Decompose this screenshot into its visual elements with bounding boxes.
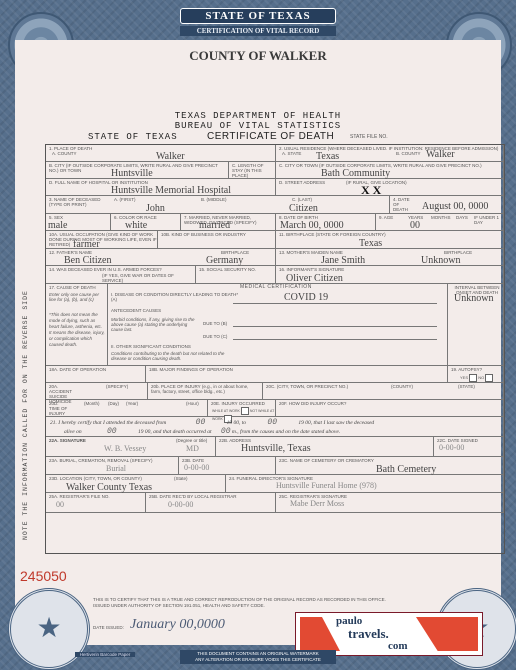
certify-time: 00 — [221, 427, 231, 436]
res-city-cell: c. CITY OR TOWN (If outside corporate li… — [276, 162, 504, 179]
age-label: 9. AGE — [379, 215, 393, 220]
serial-number: 245050 — [20, 568, 67, 584]
burial-value: Burial — [106, 464, 126, 473]
race-value: white — [125, 220, 147, 231]
armed-forces-label: 14. WAS DECEASED EVER IN U.S. ARMED FORC… — [49, 267, 189, 272]
overlay-text-2: travels. — [348, 626, 389, 642]
operation-date-label: 18a. DATE OF OPERATION — [49, 367, 106, 372]
armed-forces-note: (If yes, give war or dates of service) — [102, 273, 195, 283]
registrar-signature-cell: 25c. REGISTRAR'S SIGNATURE Mabe Derr Mos… — [276, 493, 504, 513]
accident-cell: 20a. ACCIDENT SUICIDE HOMICIDE (Specify) — [46, 383, 148, 400]
res-state-value: Texas — [316, 151, 339, 162]
occupation-cell: 10a. USUAL OCCUPATION (Give kind of work… — [46, 231, 158, 249]
place-of-death-county-cell: 1. PLACE OF DEATH a. COUNTY Walker — [46, 145, 276, 162]
hospital-value: Huntsville Memorial Hospital — [111, 185, 231, 196]
signature-cell: 22a. SIGNATURE (Degree or title) W. B. V… — [46, 437, 216, 457]
autopsy-yes-checkbox[interactable] — [469, 374, 477, 382]
watermark-notice-line-2: ANY ALTERATION OR ERASURE VOIDS THIS CER… — [180, 657, 336, 663]
race-cell: 6. COLOR OR RACE white — [111, 214, 181, 231]
res-state-label: a. STATE — [282, 151, 301, 156]
date-signed-cell: 22c. DATE SIGNED 0-00-00 — [434, 437, 504, 457]
father-value: Ben Citizen — [64, 255, 112, 266]
death-certificate-form: 1. PLACE OF DEATH a. COUNTY Walker 2. US… — [45, 144, 505, 554]
res-county-value: Walker — [426, 149, 455, 160]
injury-year-label: (Year) — [126, 401, 138, 406]
certify-text-2: that I last saw the deceased — [314, 420, 375, 426]
due-to-b-label: DUE TO (b) — [203, 321, 227, 326]
state-label: STATE OF TEXAS — [88, 132, 178, 142]
other-conditions-label: II. OTHER SIGNIFICANT CONDITIONS — [111, 344, 191, 349]
part1-label: I. DISEASE OR CONDITION DIRECTLY LEADING… — [111, 292, 241, 302]
hospital-cell: d. FULL NAME OF HOSPITAL OR INSTITUTION … — [46, 179, 276, 196]
first-name-value: John — [146, 203, 165, 214]
date-received-cell: 25b. DATE REC'D BY LOCAL REGISTRAR 0-00-… — [146, 493, 276, 513]
date-issued-value: January 00,0000 — [130, 617, 225, 633]
overlay-text-3: com — [388, 640, 408, 652]
injury-city-label: 20c. (CITY, TOWN, OR PRECINCT NO.) — [266, 384, 348, 389]
state-file-no-label: STATE FILE NO. — [350, 134, 388, 140]
certify-to: 00 — [267, 418, 277, 427]
reverse-side-note: NOTE THE INFORMATION CALLED FOR ON THE R… — [22, 290, 29, 540]
marital-value: married — [199, 220, 230, 231]
informant-value: Oliver Citizen — [286, 273, 343, 284]
father-cell: 12. FATHER'S NAME BIRTHPLACE Ben Citizen… — [46, 249, 276, 266]
injury-month-label: (Month) — [84, 401, 100, 406]
date-of-death-label: 4. DATE OF DEATH — [393, 197, 415, 212]
certify-alive-on: 00 — [107, 427, 117, 436]
address-value: Huntsville, Texas — [241, 443, 311, 454]
ssn-cell: 15. SOCIAL SECURITY NO. — [196, 266, 276, 284]
certify-to-word: to — [242, 420, 246, 426]
last-name-label: c. (Last) — [292, 197, 312, 202]
interval-value: Unknown — [454, 293, 493, 304]
occupation-label: 10a. USUAL OCCUPATION (Give kind of work… — [49, 232, 157, 247]
physician-certification-cell: 21. I hereby certify that I attended the… — [46, 417, 504, 437]
degree-value: MD — [186, 444, 199, 453]
how-injury-label: 20f. HOW DID INJURY OCCUR? — [279, 401, 346, 406]
cemetery-cell: 23c. NAME OF CEMETERY OR CREMATORY Bath … — [276, 457, 504, 475]
age-hours-label: IF UNDER 1 DAY — [474, 215, 502, 225]
county-label: a. COUNTY — [52, 151, 77, 156]
street-label: d. STREET ADDRESS — [279, 180, 325, 185]
degree-label: (Degree or title) — [176, 438, 207, 443]
residence-label: 2. USUAL RESIDENCE (Where deceased lived… — [279, 146, 498, 151]
certify-to-year: 19 00 — [298, 420, 310, 426]
industry-cell: 10b. KIND OF BUSINESS OR INDUSTRY — [158, 231, 276, 249]
overlay-red-shape-left — [300, 617, 340, 651]
certify-from: 00 — [196, 418, 206, 427]
due-to-c-label: DUE TO (c) — [203, 334, 227, 339]
dob-cell: 8. DATE OF BIRTH March 00, 0000 — [276, 214, 376, 231]
street-cell: d. STREET ADDRESS (If rural, give locati… — [276, 179, 504, 196]
age-days-label: DAYS — [456, 215, 468, 220]
dept-line-1: TEXAS DEPARTMENT OF HEALTH — [0, 111, 516, 121]
injury-state-label: (STATE) — [458, 384, 475, 389]
accident-specify-label: (Specify) — [106, 384, 128, 389]
date-of-death-value: August 00, 0000 — [422, 201, 488, 212]
age-cell: 9. AGE YEARS MONTHS DAYS IF UNDER 1 DAY … — [376, 214, 504, 231]
antecedent-note: Morbid conditions, if any, giving rise t… — [111, 317, 196, 332]
registrar-file-label: 25a. REGISTRAR'S FILE NO. — [49, 494, 110, 499]
certify-from-year: 19 00 — [227, 420, 239, 426]
mother-cell: 13. MOTHER'S MAIDEN NAME BIRTHPLACE Jane… — [276, 249, 504, 266]
age-months-label: MONTHS — [431, 215, 451, 220]
injury-day-label: (Day) — [108, 401, 119, 406]
while-at-work-checkbox[interactable] — [241, 407, 249, 415]
injury-county-label: (COUNTY) — [391, 384, 413, 389]
mother-value: Jane Smith — [321, 255, 365, 266]
father-birthplace-value: Germany — [206, 255, 243, 266]
residence-state-cell: 2. USUAL RESIDENCE (Where deceased lived… — [276, 145, 504, 162]
cause-of-death-cell: MEDICAL CERTIFICATION I. DISEASE OR COND… — [108, 284, 448, 366]
date-of-death-cell: 4. DATE OF DEATH August 00, 0000 — [390, 196, 504, 214]
antecedent-label: ANTECEDENT CAUSES — [111, 308, 161, 313]
mother-birthplace-value: Unknown — [421, 255, 460, 266]
signature-value: W. B. Vessey — [104, 444, 146, 453]
res-city-value: Bath Community — [321, 168, 390, 179]
signature-label: 22a. SIGNATURE — [49, 438, 86, 443]
armed-forces-cell: 14. WAS DECEASED EVER IN U.S. ARMED FORC… — [46, 266, 196, 284]
cause-note: Enter only one cause per line for (a), (… — [49, 292, 105, 302]
watermark-notice: THIS DOCUMENT CONTAINS AN ORIGINAL WATER… — [180, 650, 336, 664]
funeral-director-value: Huntsville Funeral Home (978) — [276, 481, 377, 490]
operation-date-cell: 18a. DATE OF OPERATION — [46, 366, 146, 383]
county-seal: ★ — [8, 588, 90, 670]
middle-name-label: b. (Middle) — [201, 197, 227, 202]
interval-cell: INTERVAL BETWEEN ONSET AND DEATH Unknown — [448, 284, 504, 366]
city-cell: b. CITY (If outside corporate limits, wr… — [46, 162, 229, 179]
certify-line-2: ISSUED UNDER AUTHORITY OF SECTION 191.05… — [93, 603, 386, 609]
location-state-label: (State) — [174, 476, 188, 481]
name-label: 3. NAME OF DECEASED (Type or Print) — [49, 197, 109, 207]
part1-value: COVID 19 — [284, 292, 328, 303]
first-name-label: a. (First) — [114, 197, 136, 202]
injury-place-cell: 20b. PLACE OF INJURY (e.g., in or about … — [148, 383, 263, 400]
sex-cell: 5. SEX male — [46, 214, 111, 231]
certify-text-1: 21. I hereby certify that I attended the… — [50, 420, 166, 426]
autopsy-label: 19. AUTOPSY? — [451, 367, 482, 372]
form-title: CERTIFICATE OF DEATH — [207, 131, 334, 142]
certify-alive-on-label: alive on — [64, 429, 82, 435]
age-value: 00 — [410, 220, 420, 231]
date-issued-label: DATE ISSUED: — [93, 625, 124, 630]
how-injury-cell: 20f. HOW DID INJURY OCCUR? — [276, 400, 504, 417]
certification-statement: THIS IS TO CERTIFY THAT THIS IS A TRUE A… — [93, 597, 386, 609]
star-icon: ★ — [11, 611, 87, 645]
burial-date-cell: 23b. DATE 0-00-00 — [179, 457, 276, 475]
cause-note-2: *This does not mean the mode of dying, s… — [49, 312, 105, 348]
injury-location-cell: 20c. (CITY, TOWN, OR PRECINCT NO.) (COUN… — [263, 383, 504, 400]
cemetery-value: Bath Cemetery — [376, 464, 436, 475]
dept-line-2: BUREAU OF VITAL STATISTICS — [0, 121, 516, 131]
marital-cell: 7. MARRIED, NEVER MARRIED, WIDOWED, DIVO… — [181, 214, 276, 231]
registrar-file-value: 00 — [56, 500, 64, 509]
sex-value: male — [48, 220, 67, 231]
cemetery-label: 23c. NAME OF CEMETERY OR CREMATORY — [279, 458, 374, 463]
registrar-signature-value: Mabe Derr Moss — [290, 499, 344, 508]
overlay-red-shape-right — [416, 617, 478, 651]
cause-label: 17. CAUSE OF DEATH — [49, 285, 96, 290]
operation-findings-cell: 18b. MAJOR FINDINGS OF OPERATION — [146, 366, 448, 383]
certify-text-4: m., from the causes and on the date stat… — [232, 429, 340, 435]
birthplace-label: 11. BIRTHPLACE (State or foreign country… — [279, 232, 386, 237]
date-received-value: 0-00-00 — [168, 500, 193, 509]
burial-date-value: 0-00-00 — [184, 463, 209, 472]
ssn-label: 15. SOCIAL SECURITY NO. — [199, 267, 256, 272]
autopsy-cell: 19. AUTOPSY? YES NO — [448, 366, 504, 383]
injury-time-cell: 20d. TIME OF INJURY (Month) (Day) (Year)… — [46, 400, 208, 417]
address-cell: 22b. ADDRESS Huntsville, Texas — [216, 437, 434, 457]
registrar-file-cell: 25a. REGISTRAR'S FILE NO. 00 — [46, 493, 146, 513]
certificate-border: STATE OF TEXAS CERTIFICATION OF VITAL RE… — [0, 0, 516, 670]
birthplace-value: Texas — [359, 238, 382, 249]
name-cell: 3. NAME OF DECEASED (Type or Print) a. (… — [46, 196, 390, 214]
injury-place-label: 20b. PLACE OF INJURY (e.g., in or about … — [151, 384, 259, 394]
injury-time-label: 20d. TIME OF INJURY — [49, 401, 69, 416]
location-label: 23d. LOCATION (City, town, or county) — [49, 476, 142, 481]
birthplace-cell: 11. BIRTHPLACE (State or foreign country… — [276, 231, 504, 249]
burial-cell: 23a. BURIAL, CREMATION, REMOVAL (Specify… — [46, 457, 179, 475]
location-value: Walker County Texas — [66, 482, 152, 493]
medical-cert-label: MEDICAL CERTIFICATION — [240, 285, 312, 290]
banner-title: STATE OF TEXAS — [180, 8, 336, 24]
autopsy-yes-label: YES — [460, 375, 468, 380]
industry-label: 10b. KIND OF BUSINESS OR INDUSTRY — [161, 232, 246, 237]
cause-of-death-note-cell: 17. CAUSE OF DEATH Enter only one cause … — [46, 284, 108, 366]
location-cell: 23d. LOCATION (City, town, or county) (S… — [46, 475, 226, 493]
funeral-director-cell: 24. FUNERAL DIRECTOR'S SIGNATURE Huntsvi… — [226, 475, 504, 493]
informant-label: 16. INFORMANT'S SIGNATURE — [279, 267, 344, 272]
burial-label: 23a. BURIAL, CREMATION, REMOVAL (Specify… — [49, 458, 152, 463]
autopsy-no-label: NO — [478, 375, 484, 380]
injury-hour-label: (Hour) — [186, 401, 199, 406]
date-received-label: 25b. DATE REC'D BY LOCAL REGISTRAR — [149, 494, 237, 499]
autopsy-no-checkbox[interactable] — [485, 374, 493, 382]
state-banner: STATE OF TEXAS CERTIFICATION OF VITAL RE… — [180, 8, 336, 36]
paper-type-bar: Hertiverin Barcode Paper — [75, 652, 135, 657]
date-signed-value: 0-00-00 — [439, 443, 464, 452]
length-of-stay-label: c. LENGTH OF STAY (in this place) — [232, 163, 275, 178]
informant-cell: 16. INFORMANT'S SIGNATURE Oliver Citizen — [276, 266, 504, 284]
city-value: Huntsville — [111, 168, 153, 179]
other-conditions-note: Conditions contributing to the death but… — [111, 351, 241, 361]
dob-value: March 00, 0000 — [280, 220, 344, 231]
injury-occurred-cell: 20e. INJURY OCCURRED WHILE AT WORK NOT W… — [208, 400, 276, 417]
length-of-stay-cell: c. LENGTH OF STAY (in this place) — [229, 162, 276, 179]
county-heading: COUNTY OF WALKER — [0, 48, 516, 64]
operation-findings-label: 18b. MAJOR FINDINGS OF OPERATION — [149, 367, 233, 372]
certify-alive-year: 19 00 — [138, 429, 150, 435]
county-value: Walker — [156, 151, 185, 162]
res-county-label: b. COUNTY — [396, 151, 421, 156]
certify-text-3: and that death occurred at — [153, 429, 211, 435]
injury-occurred-label: 20e. INJURY OCCURRED — [211, 401, 265, 406]
while-at-work-label: WHILE AT WORK — [212, 409, 240, 413]
banner-subtitle: CERTIFICATION OF VITAL RECORD — [180, 26, 336, 36]
last-name-value: Citizen — [289, 203, 318, 214]
